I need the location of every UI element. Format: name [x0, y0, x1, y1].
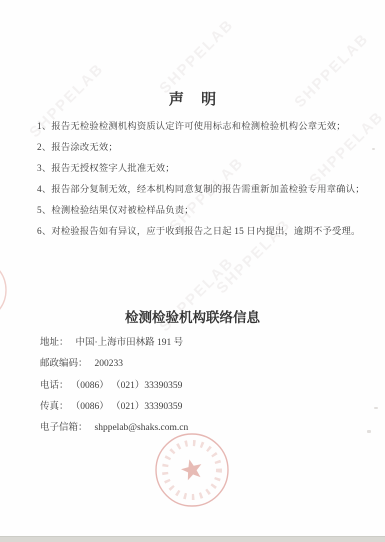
statement-title: 声明 — [0, 88, 385, 109]
scanner-edge-strip — [0, 536, 385, 542]
seal-star-icon — [179, 457, 204, 481]
contact-row-fax: 传真：（0086） （021）33390359 — [40, 401, 188, 413]
scan-speck — [372, 148, 375, 150]
scan-speck — [367, 430, 371, 433]
fax-label: 传真： — [40, 402, 69, 412]
watermark-text: SHPPELAB — [156, 16, 237, 97]
address-value: 中国·上海市田林路 191 号 — [76, 338, 184, 348]
statement-item-2: 2、报告涂改无效； — [37, 142, 367, 154]
red-inspection-seal-icon — [152, 430, 232, 510]
phone-value: （0086） （021）33390359 — [76, 381, 183, 391]
statement-item-3: 3、报告无授权签字人批准无效； — [37, 163, 367, 175]
document-page: SHPPELAB SHPPELAB SHPPELAB SHPPELAB SHPP… — [0, 0, 385, 542]
partial-seal-svg — [0, 256, 8, 324]
partial-red-seal-icon — [0, 256, 8, 324]
postcode-label: 邮政编码： — [40, 359, 88, 369]
scan-speck — [374, 407, 378, 409]
statement-item-5: 5、检测检验结果仅对被检样品负责； — [37, 205, 367, 217]
statement-item-4: 4、报告部分复制无效，经本机构同意复制的报告需重新加盖检验专用章确认； — [37, 184, 367, 196]
contact-section-title: 检测检验机构联络信息 — [0, 306, 385, 326]
postcode-value: 200233 — [95, 359, 124, 369]
fax-value: （0086） （021）33390359 — [76, 402, 183, 412]
statement-item-1: 1、报告无检验检测机构资质认定许可使用标志和检测检验机构公章无效； — [37, 121, 367, 133]
seal-svg — [152, 430, 232, 510]
contact-row-postcode: 邮政编码：200233 — [40, 358, 188, 370]
partial-seal-ring — [0, 258, 6, 322]
email-label: 电子信箱： — [40, 423, 88, 433]
address-label: 地址： — [40, 338, 69, 348]
phone-label: 电话： — [40, 381, 69, 391]
statement-list: 1、报告无检验检测机构资质认定许可使用标志和检测检验机构公章无效； 2、报告涂改… — [37, 121, 367, 247]
contact-list: 地址：中国·上海市田林路 191 号 邮政编码：200233 电话：（0086）… — [40, 337, 188, 443]
contact-row-phone: 电话：（0086） （021）33390359 — [40, 380, 188, 392]
statement-item-6: 6、对检验报告如有异议，应于收到报告之日起 15 日内提出，逾期不予受理。 — [37, 226, 367, 238]
contact-row-address: 地址：中国·上海市田林路 191 号 — [40, 337, 188, 349]
